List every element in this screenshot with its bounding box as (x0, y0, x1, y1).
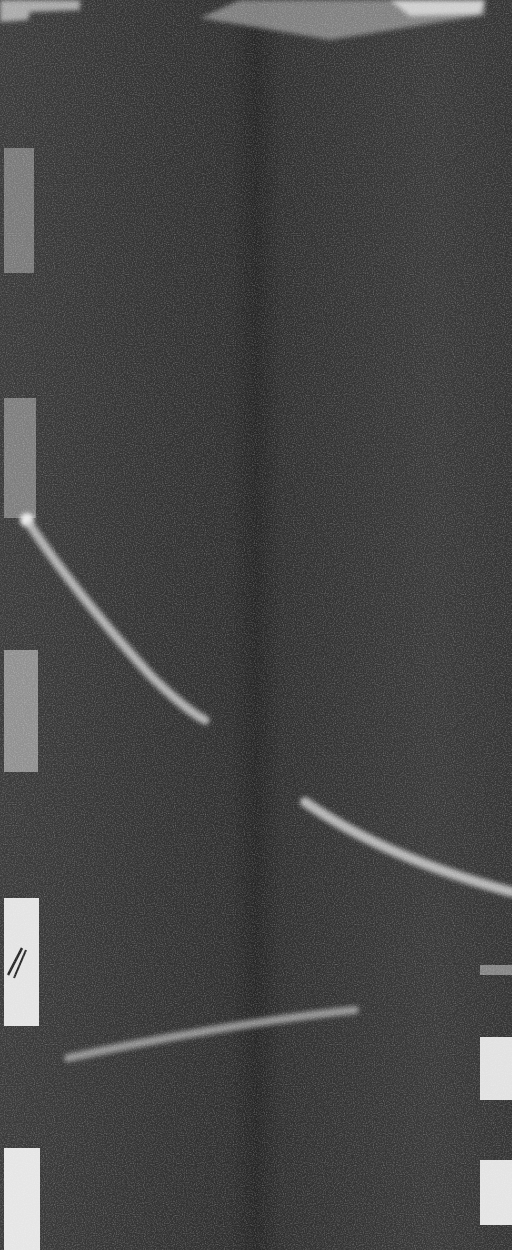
noise-overlay (0, 0, 512, 1250)
road-surface-image: Noisy grayscale top-down view of an asph… (0, 0, 512, 1250)
road-scene-svg (0, 0, 512, 1250)
